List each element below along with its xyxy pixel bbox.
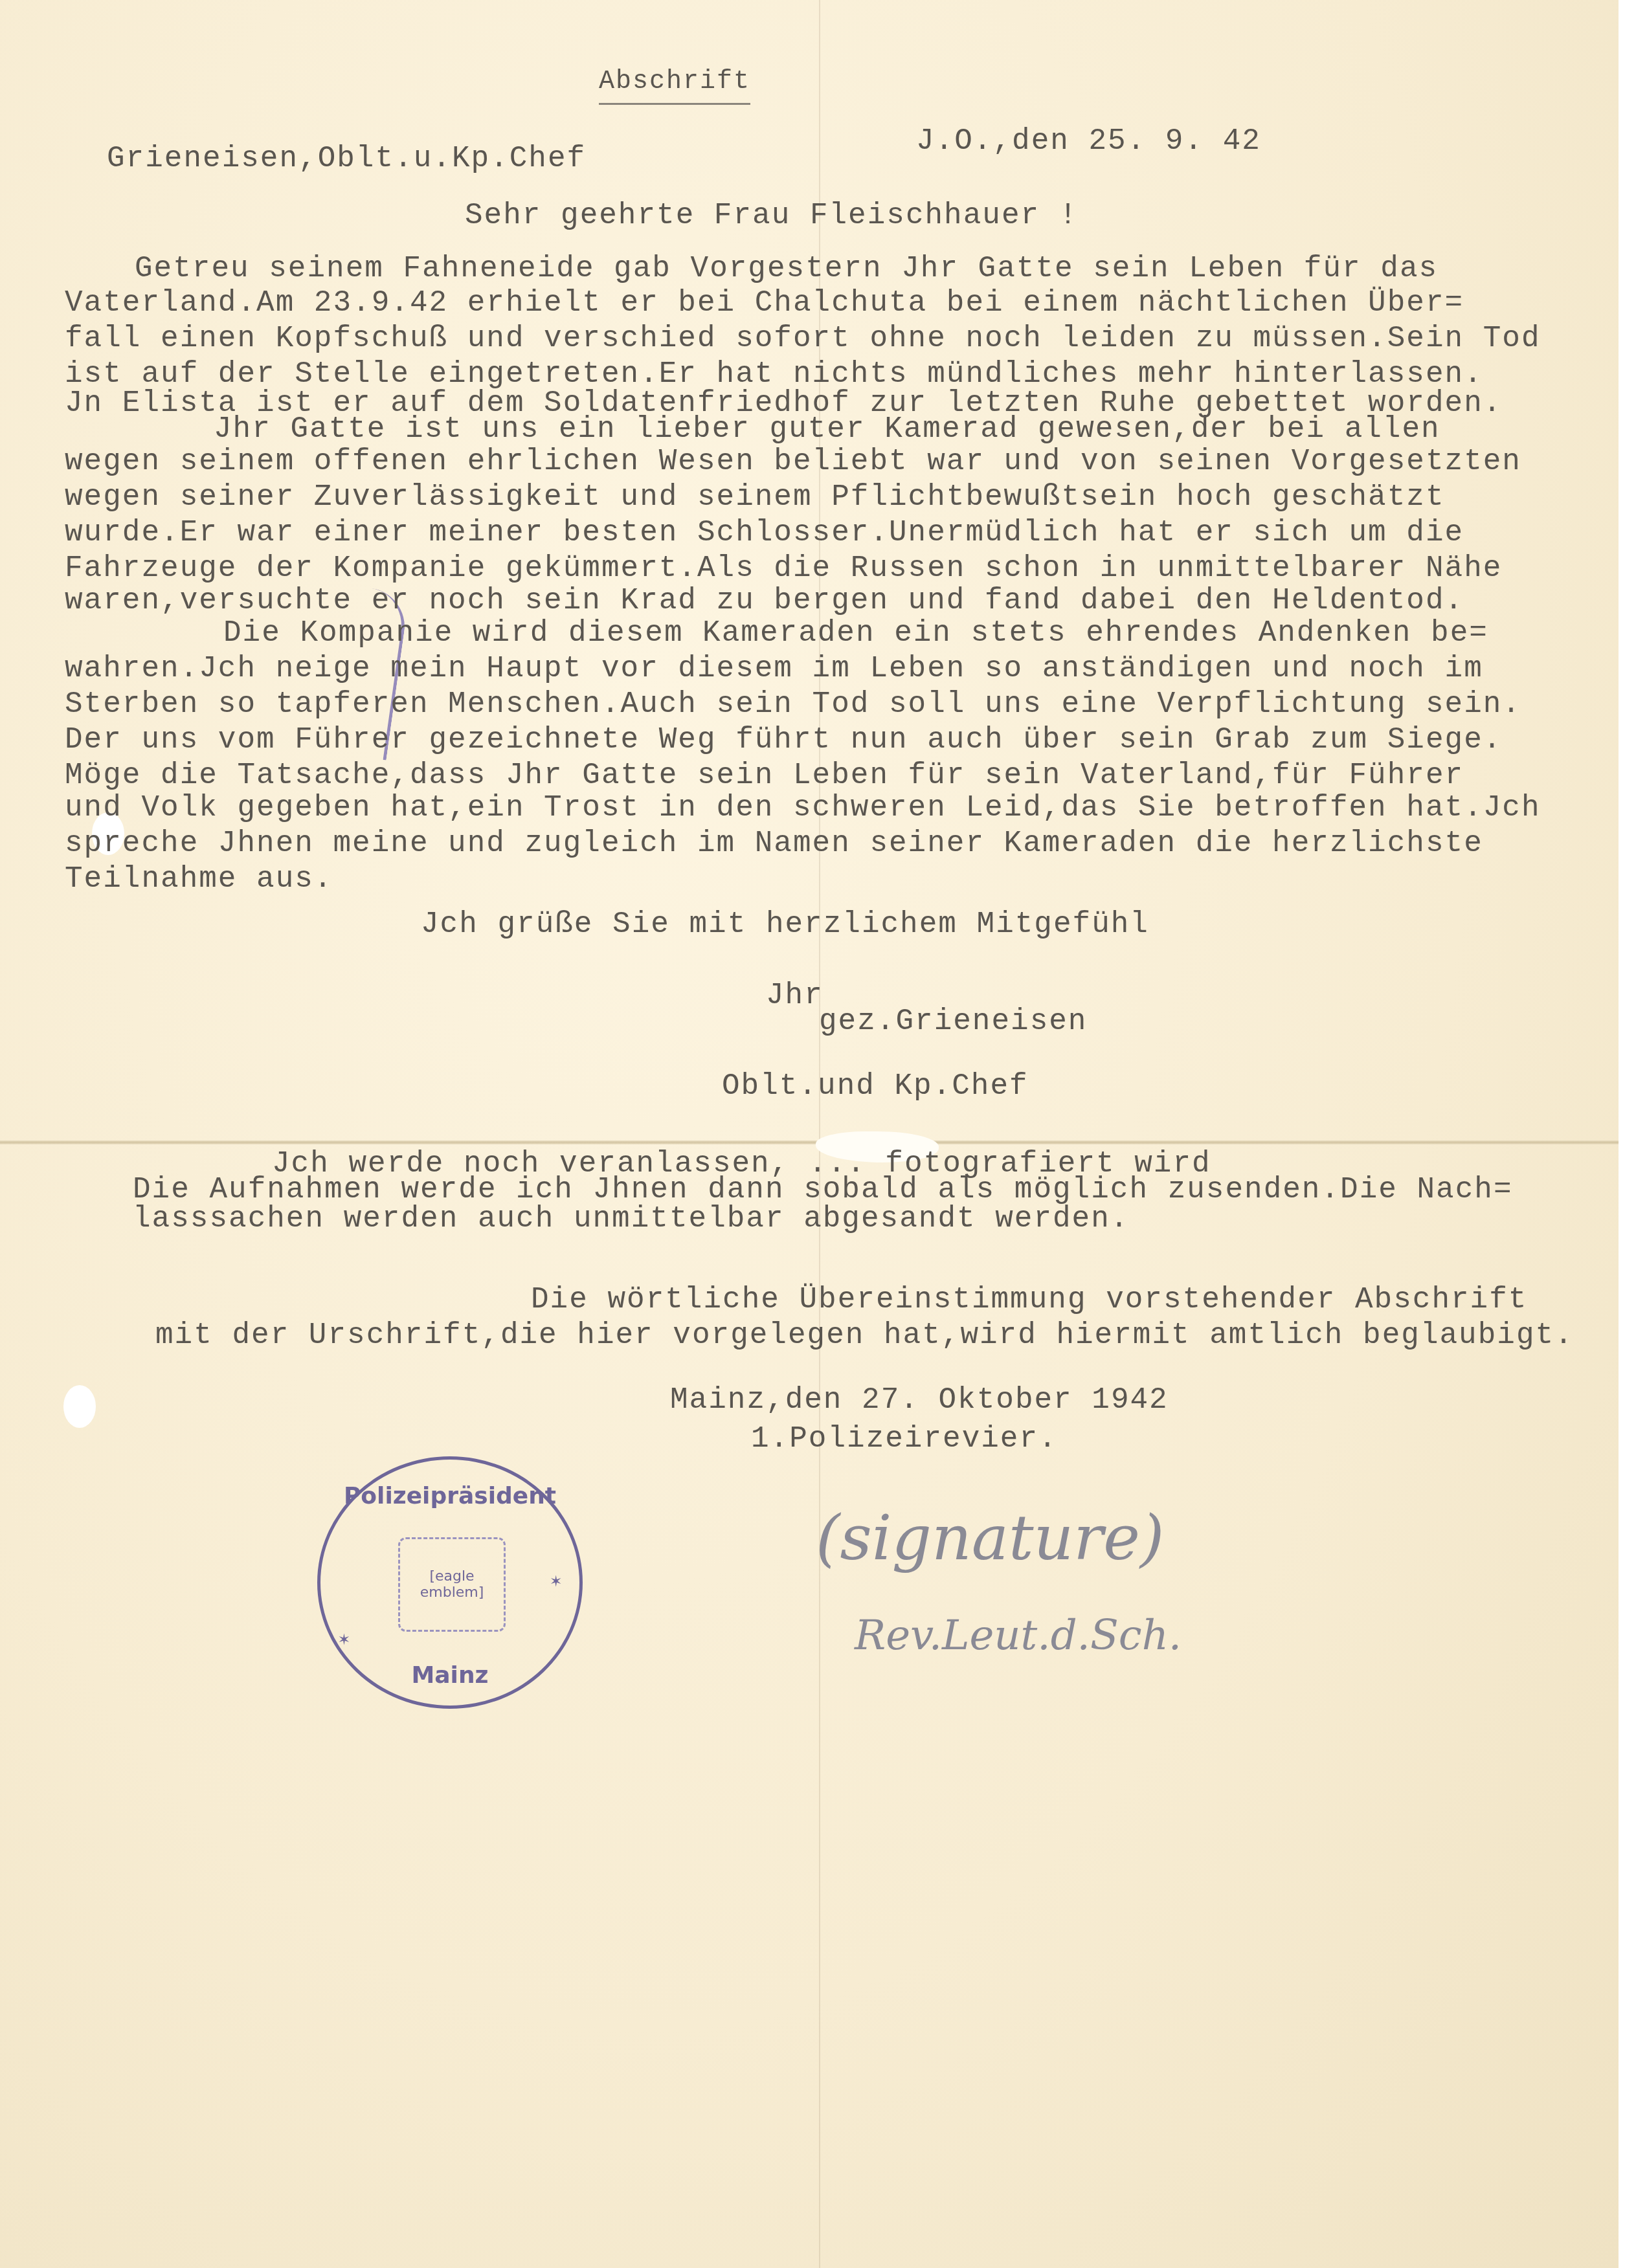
body-line: Die Kompanie wird diesem Kameraden ein s… [223, 618, 1488, 648]
place-date: J.O.,den 25. 9. 42 [916, 126, 1261, 156]
stamp-emblem-icon: [eagle emblem] [398, 1537, 506, 1632]
certification-line: Die wörtliche Übereinstimmung vorstehend… [531, 1285, 1527, 1315]
postscript-line: Die Aufnahmen werde ich Jhnen dann sobal… [133, 1175, 1513, 1205]
horizontal-fold [0, 1140, 1619, 1144]
body-line: und Volk gegeben hat,ein Trost in den sc… [65, 793, 1541, 823]
signed-name: gez.Grieneisen [819, 1006, 1087, 1036]
certification-line: mit der Urschrift,die hier vorgelegen ha… [155, 1320, 1574, 1350]
body-line: Fahrzeuge der Kompanie gekümmert.Als die… [65, 553, 1502, 583]
body-line: wahren.Jch neige mein Haupt vor diesem i… [65, 654, 1483, 684]
punch-hole [63, 1385, 96, 1428]
body-line: wegen seinem offenen ehrlichen Wesen bel… [65, 447, 1521, 476]
body-line: Jhr Gatte ist uns ein lieber guter Kamer… [214, 414, 1440, 444]
closing-jhr: Jhr [766, 981, 823, 1010]
handwritten-title: Rev.Leut.d.Sch. [855, 1612, 1182, 1660]
body-line: fall einen Kopfschuß und verschied sofor… [65, 324, 1541, 353]
body-line: Getreu seinem Fahneneide gab Vorgestern … [135, 254, 1438, 283]
star-icon: ✶ [550, 1570, 561, 1592]
body-line: spreche Jhnen meine und zugleich im Name… [65, 828, 1483, 858]
body-line: Der uns vom Führer gezeichnete Weg führt… [65, 725, 1502, 755]
star-icon: ✶ [339, 1628, 350, 1651]
handwritten-signature: (signature) [816, 1502, 1165, 1574]
body-line: waren,versuchte er noch sein Krad zu ber… [65, 586, 1464, 616]
body-line: Möge die Tatsache,dass Jhr Gatte sein Le… [65, 761, 1464, 790]
body-line: Vaterland.Am 23.9.42 erhielt er bei Chal… [65, 288, 1464, 318]
certification-place-date: Mainz,den 27. Oktober 1942 [670, 1385, 1169, 1415]
official-stamp: Polizeipräsident [eagle emblem] ✶ ✶ Main… [317, 1456, 583, 1709]
body-line: wurde.Er war einer meiner besten Schloss… [65, 518, 1464, 548]
stamp-top-text: Polizeipräsident [320, 1483, 579, 1509]
salutation: Sehr geehrte Frau Fleischhauer ! [465, 201, 1078, 230]
body-line: ist auf der Stelle eingetreten.Er hat ni… [65, 359, 1483, 389]
stamp-bottom-text: Mainz [320, 1662, 579, 1689]
postscript-line: lasssachen werden auch unmittelbar abges… [133, 1204, 1129, 1234]
certification-office: 1.Polizeirevier. [751, 1424, 1058, 1454]
document-heading: Abschrift [599, 67, 750, 105]
scan-margin [1619, 0, 1647, 2268]
signed-title: Oblt.und Kp.Chef [722, 1071, 1029, 1101]
body-line: wegen seiner Zuverlässigkeit und seinem … [65, 482, 1445, 512]
closing: Jch grüße Sie mit herzlichem Mitgefühl [421, 909, 1149, 939]
body-line: Teilnahme aus. [65, 864, 333, 894]
body-line: Sterben so tapferen Menschen.Auch sein T… [65, 689, 1521, 719]
sender-line: Grieneisen,Oblt.u.Kp.Chef [107, 144, 586, 173]
